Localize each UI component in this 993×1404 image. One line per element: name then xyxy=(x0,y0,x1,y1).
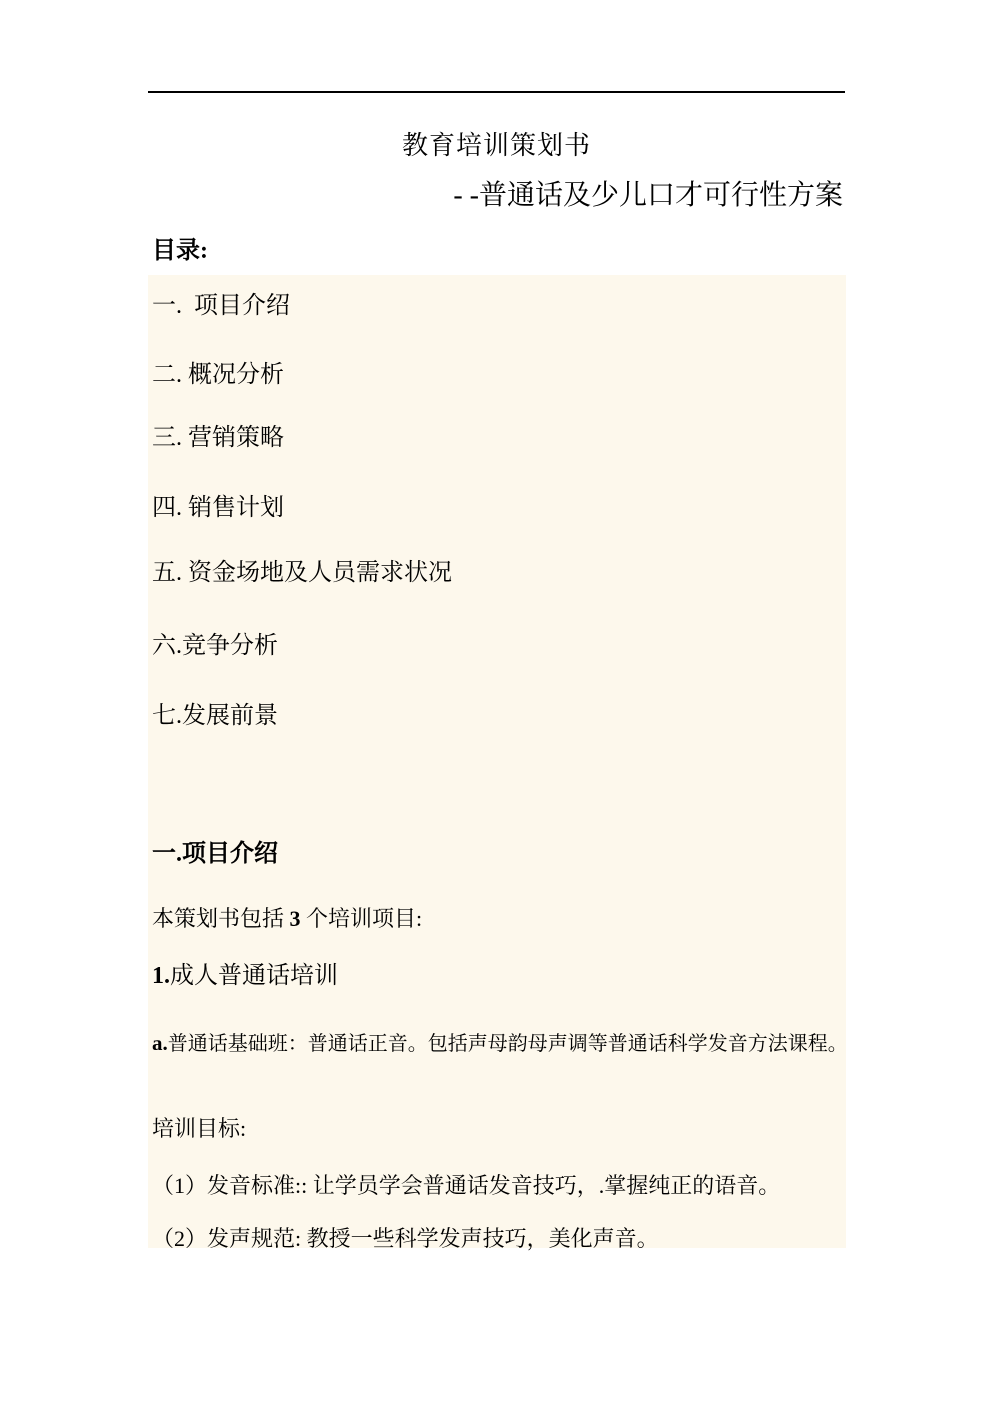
content-block: 一. 项目介绍 二. 概况分析 三. 营销策略 四. 销售计划 五. 资金场地及… xyxy=(148,275,846,1248)
project-1-title: 成人普通话培训 xyxy=(170,963,338,989)
doc-subtitle: - -普通话及少儿口才可行性方案 xyxy=(148,180,843,212)
top-horizontal-rule xyxy=(148,91,845,93)
project-1-line: 1.成人普通话培训 xyxy=(152,963,338,991)
course-a-letter: a. xyxy=(152,1031,168,1055)
goal-line: （2）发声规范: 教授一些科学发声技巧，美化声音。 xyxy=(152,1226,659,1251)
document-page: 教育培训策划书 - -普通话及少儿口才可行性方案 目录: 一. 项目介绍 二. … xyxy=(0,0,993,1404)
course-a-line: a.普通话基础班：普通话正音。包括声母韵母声调等普通话科学发音方法课程。 xyxy=(152,1031,848,1056)
intro-text-pre: 本策划书包括 xyxy=(152,906,290,931)
goals-label: 培训目标: xyxy=(152,1116,246,1141)
section-heading: 一.项目介绍 xyxy=(152,841,278,869)
toc-item: 六.竞争分析 xyxy=(152,633,278,661)
intro-line: 本策划书包括 3 个培训项目: xyxy=(152,906,422,931)
project-1-number: 1. xyxy=(152,963,170,989)
toc-item: 三. 营销策略 xyxy=(152,425,284,453)
intro-count: 3 xyxy=(290,906,301,931)
toc-item: 五. 资金场地及人员需求状况 xyxy=(152,560,452,588)
toc-item: 四. 销售计划 xyxy=(152,495,284,523)
course-a-text: 普通话基础班：普通话正音。包括声母韵母声调等普通话科学发音方法课程。 xyxy=(168,1033,848,1055)
toc-item: 一. 项目介绍 xyxy=(152,293,290,321)
intro-text-post: 个培训项目: xyxy=(301,906,423,931)
toc-item: 二. 概况分析 xyxy=(152,362,284,390)
toc-item: 七.发展前景 xyxy=(152,703,278,731)
goal-line: （1）发音标准:: 让学员学会普通话发音技巧，.掌握纯正的语音。 xyxy=(152,1173,780,1198)
doc-title: 教育培训策划书 xyxy=(148,131,845,161)
toc-label: 目录: xyxy=(152,238,208,266)
